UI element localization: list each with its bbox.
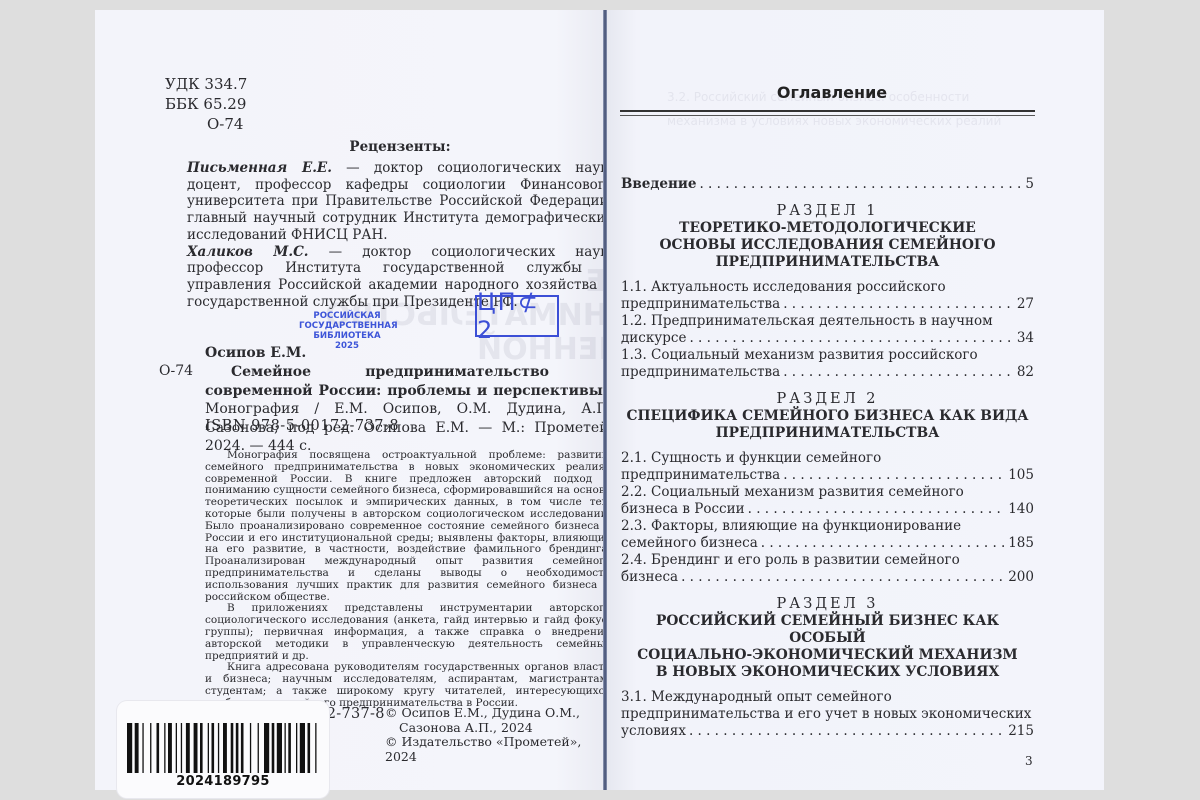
library-stamp: РОССИЙСКАЯ ГОСУДАРСТВЕННАЯ БИБЛИОТЕКА 20…	[299, 311, 395, 351]
section-title-line: РОССИЙСКИЙ СЕМЕЙНЫЙ БИЗНЕС КАК ОСОБЫЙ	[621, 613, 1034, 647]
copyright-authors: © Осипов Е.М., Дудина О.М.,	[385, 706, 607, 721]
toc-section-heading: РАЗДЕЛ 3РОССИЙСКИЙ СЕМЕЙНЫЙ БИЗНЕС КАК О…	[621, 596, 1034, 681]
toc-section-heading: РАЗДЕЛ 2СПЕЦИФИКА СЕМЕЙНОГО БИЗНЕСА КАК …	[621, 391, 1034, 442]
toc-entry[interactable]: 2.2. Социальный механизм развития семейн…	[621, 484, 1034, 518]
toc-entry[interactable]: 2.1. Сущность и функции семейногопредпри…	[621, 450, 1034, 484]
bibliographic-author: Осипов Е.М.	[205, 345, 306, 361]
toc-entry-title-end: бизнеса в России	[621, 501, 745, 518]
toc-page-number: 200	[1008, 569, 1034, 586]
book-title: Семейное предпринимательство в современн…	[205, 364, 613, 399]
section-title-line: СПЕЦИФИКА СЕМЕЙНОГО БИЗНЕСА КАК ВИДА	[621, 408, 1034, 425]
toc-entry-title: 1.2. Предпринимательская деятельность в …	[621, 313, 1034, 330]
toc-entry[interactable]: 2.3. Факторы, влияющие на функционирован…	[621, 518, 1034, 552]
toc-entry-leader-line: бизнеса200	[621, 569, 1034, 586]
toc-page-number: 105	[1008, 467, 1034, 484]
author-sign: О-74	[165, 114, 247, 134]
toc-entry-leader-line: дискурсе34	[621, 330, 1034, 347]
annotation: Монография посвящена остроактуальной про…	[205, 450, 611, 710]
toc-entry[interactable]: 1.1. Актуальность исследования российско…	[621, 279, 1034, 313]
stamp-line: РОССИЙСКАЯ	[299, 311, 395, 321]
toc-entry-title-end: предпринимательства	[621, 364, 780, 381]
bibliographic-record: Семейное предпринимательство в современн…	[205, 363, 613, 456]
section-number: РАЗДЕЛ 3	[621, 596, 1034, 613]
section-title-line: В НОВЫХ ЭКОНОМИЧЕСКИХ УСЛОВИЯХ	[621, 664, 1034, 681]
right-page: 3.2. Российский семейный бизнес: особенн…	[607, 10, 1104, 790]
toc-entry-label: Введение	[621, 176, 696, 193]
toc-entry-title: 3.1. Международный опыт семейного	[621, 689, 1034, 706]
toc-section-heading: РАЗДЕЛ 1ТЕОРЕТИКО-МЕТОДОЛОГИЧЕСКИЕОСНОВЫ…	[621, 203, 1034, 271]
toc-entry-leader-line: предпринимательства82	[621, 364, 1034, 381]
reviewer-entry: Письменная Е.Е. — доктор социологических…	[187, 160, 613, 244]
barcode-number: 2024189795	[117, 774, 329, 789]
bibliographic-code: О-74	[159, 363, 193, 379]
toc-page-number: 215	[1008, 723, 1034, 740]
reviewer-name: Халиков М.С.	[187, 244, 309, 260]
reviewers-heading: Рецензенты:	[190, 139, 610, 155]
toc-entry-leader-line: предпринимательства27	[621, 296, 1034, 313]
toc-entry-leader-line: семейного бизнеса185	[621, 535, 1034, 552]
stamp-line: 2025	[299, 341, 395, 351]
udk-code: УДК 334.7	[165, 74, 247, 94]
copyright-authors-cont: Сазонова А.П., 2024	[385, 721, 607, 736]
bbk-code: ББК 65.29	[165, 94, 247, 114]
section-title-line: ПРЕДПРИНИМАТЕЛЬСТВА	[621, 425, 1034, 442]
reviewer-name: Письменная Е.Е.	[187, 160, 332, 176]
left-page: СЕМЕЙНОЕПРЕДПРИНИМАТЕЛЬСТВОВ СОВРЕМЕННОЙ…	[95, 10, 607, 790]
toc-page-number: 140	[1008, 501, 1034, 518]
toc-entry-title: 2.2. Социальный механизм развития семейн…	[621, 484, 1034, 501]
toc-entry[interactable]: 2.4. Брендинг и его роль в развитии семе…	[621, 552, 1034, 586]
toc-entry-intro[interactable]: Введение5	[621, 176, 1034, 193]
toc-page-number: 5	[1025, 176, 1034, 193]
annotation-paragraph: В приложениях представлены инструментари…	[205, 603, 611, 662]
toc-page-number: 185	[1008, 535, 1034, 552]
toc-sections: РАЗДЕЛ 1ТЕОРЕТИКО-МЕТОДОЛОГИЧЕСКИЕОСНОВЫ…	[621, 203, 1034, 740]
table-of-contents: Введение5 РАЗДЕЛ 1ТЕОРЕТИКО-МЕТОДОЛОГИЧЕ…	[621, 176, 1034, 740]
toc-entry-title-end: предпринимательства	[621, 296, 780, 313]
toc-page-number: 27	[1017, 296, 1034, 313]
section-title-line: СОЦИАЛЬНО-ЭКОНОМИЧЕСКИЙ МЕХАНИЗМ	[621, 647, 1034, 664]
toc-page-number: 82	[1017, 364, 1034, 381]
toc-page-number: 34	[1017, 330, 1034, 347]
section-number: РАЗДЕЛ 2	[621, 391, 1034, 408]
code-stamp: ЦП⊄ 2	[475, 295, 559, 337]
classification-codes: УДК 334.7 ББК 65.29 О-74	[165, 74, 247, 134]
toc-entry-leader-line: условиях215	[621, 723, 1034, 740]
toc-entry[interactable]: 1.3. Социальный механизм развития россий…	[621, 347, 1034, 381]
section-title-line: ПРЕДПРИНИМАТЕЛЬСТВА	[621, 254, 1034, 271]
annotation-paragraph: Монография посвящена остроактуальной про…	[205, 450, 611, 603]
toc-entry-title: 2.3. Факторы, влияющие на функционирован…	[621, 518, 1034, 535]
section-title-line: ТЕОРЕТИКО-МЕТОДОЛОГИЧЕСКИЕ	[621, 220, 1034, 237]
toc-entry-title-end: бизнеса	[621, 569, 678, 586]
toc-entry-title-cont: предпринимательства и его учет в новых э…	[621, 706, 1034, 723]
section-number: РАЗДЕЛ 1	[621, 203, 1034, 220]
section-title-line: ОСНОВЫ ИССЛЕДОВАНИЯ СЕМЕЙНОГО	[621, 237, 1034, 254]
toc-entry[interactable]: 3.1. Международный опыт семейногопредпри…	[621, 689, 1034, 740]
toc-entry-leader-line: предпринимательства105	[621, 467, 1034, 484]
toc-entry-title-end: предпринимательства	[621, 467, 780, 484]
toc-entry-leader-line: бизнеса в России140	[621, 501, 1034, 518]
page-number: 3	[1025, 754, 1033, 768]
stamp-line: ГОСУДАРСТВЕННАЯ	[299, 321, 395, 331]
barcode-icon	[127, 723, 317, 773]
toc-entry-title: 2.1. Сущность и функции семейного	[621, 450, 1034, 467]
toc-entry-title: 1.3. Социальный механизм развития россий…	[621, 347, 1034, 364]
stamp-line: БИБЛИОТЕКА	[299, 331, 395, 341]
toc-entry[interactable]: 1.2. Предпринимательская деятельность в …	[621, 313, 1034, 347]
toc-entry-title: 1.1. Актуальность исследования российско…	[621, 279, 1034, 296]
title-rule	[620, 110, 1035, 116]
toc-entry-title-end: дискурсе	[621, 330, 686, 347]
toc-entry-title: 2.4. Брендинг и его роль в развитии семе…	[621, 552, 1034, 569]
toc-entry-title-end: семейного бизнеса	[621, 535, 758, 552]
toc-entry-title-end: условиях	[621, 723, 686, 740]
toc-title: Оглавление	[622, 83, 1042, 102]
barcode-sticker: 2024189795	[117, 701, 329, 798]
copyright-publisher: © Издательство «Прометей», 2024	[385, 735, 607, 764]
copyright-block: © Осипов Е.М., Дудина О.М., Сазонова А.П…	[385, 706, 607, 764]
isbn: ISBN 978-5-00172-737-8	[205, 418, 399, 434]
